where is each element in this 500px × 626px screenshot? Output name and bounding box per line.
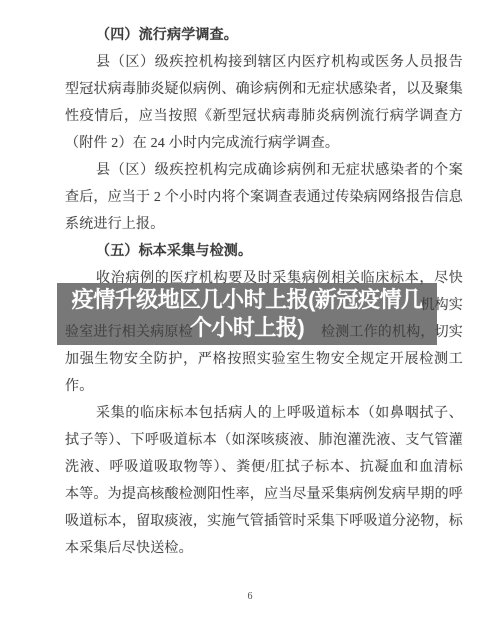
document-line: 型冠状病毒肺炎疑似病例、确诊病例和无症状感染者，以及聚集 (65, 76, 463, 103)
document-line: 吸道标本，留取痰液，实施气管插管时采集下呼吸道分泌物，标 (65, 508, 463, 535)
document-line: 县（区）级疾控机构接到辖区内医疗机构或医务人员报告新 (65, 49, 463, 76)
document-line: 查后，应当于 2 个小时内将个案调查表通过传染病网络报告信息 (65, 184, 463, 211)
document-page: （四）流行病学调查。县（区）级疾控机构接到辖区内医疗机构或医务人员报告新型冠状病… (0, 0, 500, 626)
document-line: 拭子等）、下呼吸道标本（如深咳痰液、肺泡灌洗液、支气管灌 (65, 427, 463, 454)
section-heading: （四）流行病学调查。 (65, 22, 463, 49)
document-line: 性疫情后，应当按照《新型冠状病毒肺炎病例流行病学调查方案》 (65, 103, 463, 130)
document-line: 系统进行上报。 (65, 211, 463, 238)
document-line: 作。 (65, 373, 463, 400)
document-line: （附件 2）在 24 小时内完成流行病学调查。 (65, 130, 463, 157)
section-heading: （五）标本采集与检测。 (65, 238, 463, 265)
document-line: 洗液、呼吸道吸取物等）、粪便/肛拭子标本、抗凝血和血清标 (65, 454, 463, 481)
document-line: 采集的临床标本包括病人的上呼吸道标本（如鼻咽拭子、咽 (65, 400, 463, 427)
document-line: 本采集后尽快送检。 (65, 535, 463, 562)
headline-overlay: 疫情升级地区几小时上报(新冠疫情几 个小时上报) (57, 283, 437, 345)
page-number: 6 (0, 591, 500, 602)
document-line: 本等。为提高核酸检测阳性率，应当尽量采集病例发病早期的呼 (65, 481, 463, 508)
document-line: 加强生物安全防护，严格按照实验室生物安全规定开展检测工 (65, 346, 463, 373)
headline-line-2: 个小时上报) (190, 314, 304, 342)
document-line: 县（区）级疾控机构完成确诊病例和无症状感染者的个案调 (65, 157, 463, 184)
headline-line-1: 疫情升级地区几小时上报(新冠疫情几 (72, 286, 423, 314)
